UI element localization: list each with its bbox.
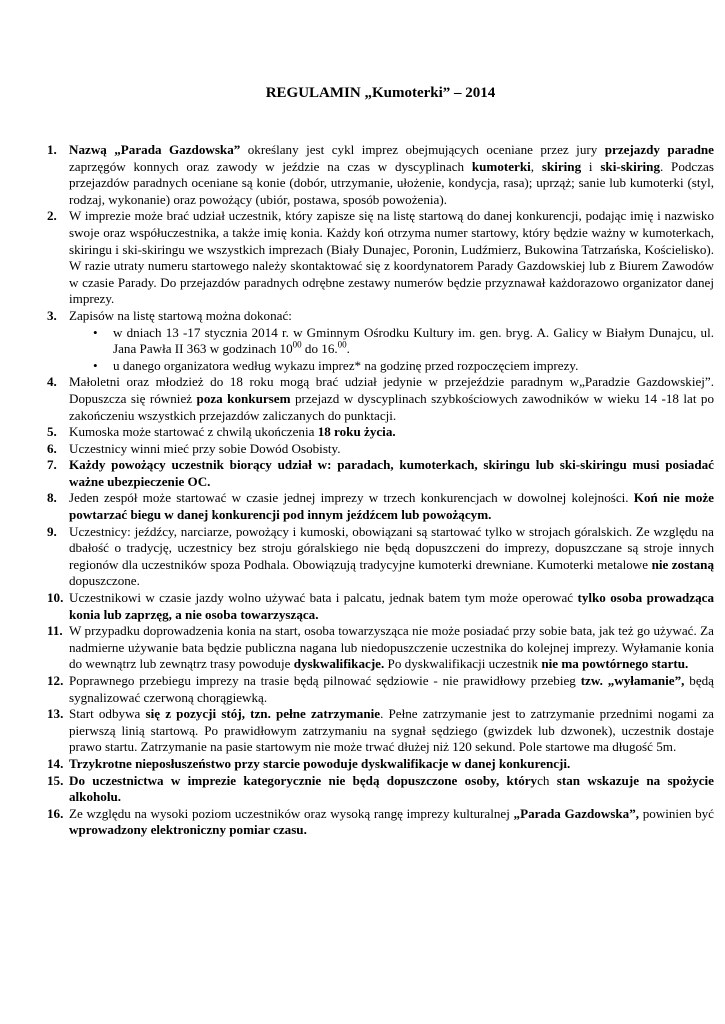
text-segment: 18 roku życia. <box>318 424 396 439</box>
item-text: Nazwą „Parada Gazdowska” określany jest … <box>69 142 714 208</box>
item-text: Trzykrotne nieposłuszeństwo przy starcie… <box>69 756 714 773</box>
item-text: Poprawnego przebiegu imprezy na trasie b… <box>69 673 714 706</box>
item-text: Kumoska może startować z chwilą ukończen… <box>69 424 714 441</box>
item-text: Zapisów na listę startową można dokonać:… <box>69 308 714 374</box>
bullet-item: •w dniach 13 -17 stycznia 2014 r. w Gmin… <box>93 325 714 358</box>
item-number: 13. <box>47 706 69 756</box>
text-segment: określany jest cykl imprez obejmujących … <box>248 142 605 157</box>
text-segment: Ze względu na wysoki poziom uczestników … <box>69 806 514 821</box>
text-segment: tzw. „wyłamanie”, <box>581 673 685 688</box>
text-segment: dyskwalifikacje. <box>294 656 385 671</box>
text-segment: w dniach 13 -17 stycznia 2014 r. w Gminn… <box>113 325 714 357</box>
text-segment: Po dyskwalifikacji uczestnik <box>384 656 541 671</box>
bullet-text: w dniach 13 -17 stycznia 2014 r. w Gminn… <box>113 325 714 358</box>
text-segment: Zapisów na listę startową można dokonać: <box>69 308 292 323</box>
text-segment: Start odbywa <box>69 706 146 721</box>
bullet-text: u danego organizatora według wykazu impr… <box>113 358 714 375</box>
item-text: W imprezie może brać udział uczestnik, k… <box>69 208 714 308</box>
item-number: 5. <box>47 424 69 441</box>
regulation-item-3: 3.Zapisów na listę startową można dokona… <box>47 308 714 374</box>
item-number: 3. <box>47 308 69 374</box>
item-text: Start odbywa się z pozycji stój, tzn. pe… <box>69 706 714 756</box>
text-segment: Każdy powożący uczestnik biorący udział … <box>69 457 714 489</box>
regulation-item-9: 9.Uczestnicy: jeźdźcy, narciarze, powożą… <box>47 524 714 590</box>
text-segment: nie zostaną <box>652 557 714 572</box>
regulation-item-11: 11.W przypadku doprowadzenia konia na st… <box>47 623 714 673</box>
item-text: Uczestnikowi w czasie jazdy wolno używać… <box>69 590 714 623</box>
regulation-item-4: 4.Małoletni oraz młodzież do 18 roku mog… <box>47 374 714 424</box>
item-text: Jeden zespół może startować w czasie jed… <box>69 490 714 523</box>
text-segment: Do uczestnictwa w imprezie kategorycznie… <box>69 773 537 788</box>
item-number: 16. <box>47 806 69 839</box>
regulation-item-13: 13.Start odbywa się z pozycji stój, tzn.… <box>47 706 714 756</box>
text-segment: u danego organizatora według wykazu impr… <box>113 358 578 373</box>
item-text: Uczestnicy: jeźdźcy, narciarze, powożący… <box>69 524 714 590</box>
text-segment: dopuszczone. <box>69 573 140 588</box>
item-number: 7. <box>47 457 69 490</box>
text-segment: powinien być <box>639 806 714 821</box>
text-segment: do 16. <box>302 341 338 356</box>
regulation-item-7: 7.Każdy powożący uczestnik biorący udzia… <box>47 457 714 490</box>
item-number: 10. <box>47 590 69 623</box>
text-segment: Jeden zespół może startować w czasie jed… <box>69 490 634 505</box>
text-segment: ch <box>537 773 549 788</box>
text-segment: „Parada Gazdowska”, <box>514 806 640 821</box>
text-segment: nie ma powtórnego startu. <box>541 656 688 671</box>
text-segment: kumoterki <box>472 159 531 174</box>
text-segment: Poprawnego przebiegu imprezy na trasie b… <box>69 673 581 688</box>
text-segment: skiring <box>542 159 589 174</box>
document-content: REGULAMIN „Kumoterki” – 2014 1.Nazwą „Pa… <box>47 84 714 839</box>
item-number: 6. <box>47 441 69 458</box>
item-text: Małoletni oraz młodzież do 18 roku mogą … <box>69 374 714 424</box>
item-text: Każdy powożący uczestnik biorący udział … <box>69 457 714 490</box>
regulation-item-10: 10.Uczestnikowi w czasie jazdy wolno uży… <box>47 590 714 623</box>
text-segment: 00 <box>338 340 347 350</box>
regulation-item-15: 15.Do uczestnictwa w imprezie kategorycz… <box>47 773 714 806</box>
text-segment: się z pozycji stój, tzn. pełne zatrzyman… <box>146 706 381 721</box>
text-segment: wprowadzony elektroniczny pomiar czasu. <box>69 822 307 837</box>
text-segment: Uczestnikowi w czasie jazdy wolno używać… <box>69 590 577 605</box>
bullet-item: •u danego organizatora według wykazu imp… <box>93 358 714 375</box>
item-number: 11. <box>47 623 69 673</box>
text-segment: 00 <box>293 340 302 350</box>
item-text: W przypadku doprowadzenia konia na start… <box>69 623 714 673</box>
text-segment: Kumoska może startować z chwilą ukończen… <box>69 424 318 439</box>
regulation-item-14: 14.Trzykrotne nieposłuszeństwo przy star… <box>47 756 714 773</box>
item-number: 4. <box>47 374 69 424</box>
item-number: 14. <box>47 756 69 773</box>
item-number: 15. <box>47 773 69 806</box>
item-number: 12. <box>47 673 69 706</box>
text-segment: Uczestnicy winni mieć przy sobie Dowód O… <box>69 441 341 456</box>
regulation-item-2: 2.W imprezie może brać udział uczestnik,… <box>47 208 714 308</box>
item-text: Do uczestnictwa w imprezie kategorycznie… <box>69 773 714 806</box>
item-text: Uczestnicy winni mieć przy sobie Dowód O… <box>69 441 714 458</box>
regulation-item-16: 16.Ze względu na wysoki poziom uczestnik… <box>47 806 714 839</box>
text-segment: Trzykrotne nieposłuszeństwo przy starcie… <box>69 756 570 771</box>
text-segment: poza konkursem <box>197 391 291 406</box>
text-segment: Uczestnicy: jeźdźcy, narciarze, powożący… <box>69 524 714 572</box>
document-title: REGULAMIN „Kumoterki” – 2014 <box>47 84 714 102</box>
regulation-item-6: 6.Uczestnicy winni mieć przy sobie Dowód… <box>47 441 714 458</box>
text-segment: , <box>531 159 542 174</box>
bullet-icon: • <box>93 358 113 375</box>
text-segment: Nazwą „Parada Gazdowska” <box>69 142 248 157</box>
text-segment: . <box>347 341 350 356</box>
text-segment: i <box>589 159 600 174</box>
regulation-item-1: 1.Nazwą „Parada Gazdowska” określany jes… <box>47 142 714 208</box>
item-text: Ze względu na wysoki poziom uczestników … <box>69 806 714 839</box>
item-number: 9. <box>47 524 69 590</box>
text-segment: przejazdy paradne <box>605 142 714 157</box>
regulation-item-5: 5.Kumoska może startować z chwilą ukończ… <box>47 424 714 441</box>
regulation-item-8: 8.Jeden zespół może startować w czasie j… <box>47 490 714 523</box>
document-page: REGULAMIN „Kumoterki” – 2014 1.Nazwą „Pa… <box>0 0 725 1024</box>
regulation-item-12: 12.Poprawnego przebiegu imprezy na trasi… <box>47 673 714 706</box>
text-segment: W imprezie może brać udział uczestnik, k… <box>69 208 714 306</box>
regulation-list: 1.Nazwą „Parada Gazdowska” określany jes… <box>47 142 714 839</box>
item-number: 8. <box>47 490 69 523</box>
bullet-icon: • <box>93 325 113 358</box>
text-segment: ski-skiring <box>600 159 660 174</box>
item-number: 2. <box>47 208 69 308</box>
item-number: 1. <box>47 142 69 208</box>
text-segment: zaprzęgów konnych oraz zawody w jeździe … <box>69 159 472 174</box>
